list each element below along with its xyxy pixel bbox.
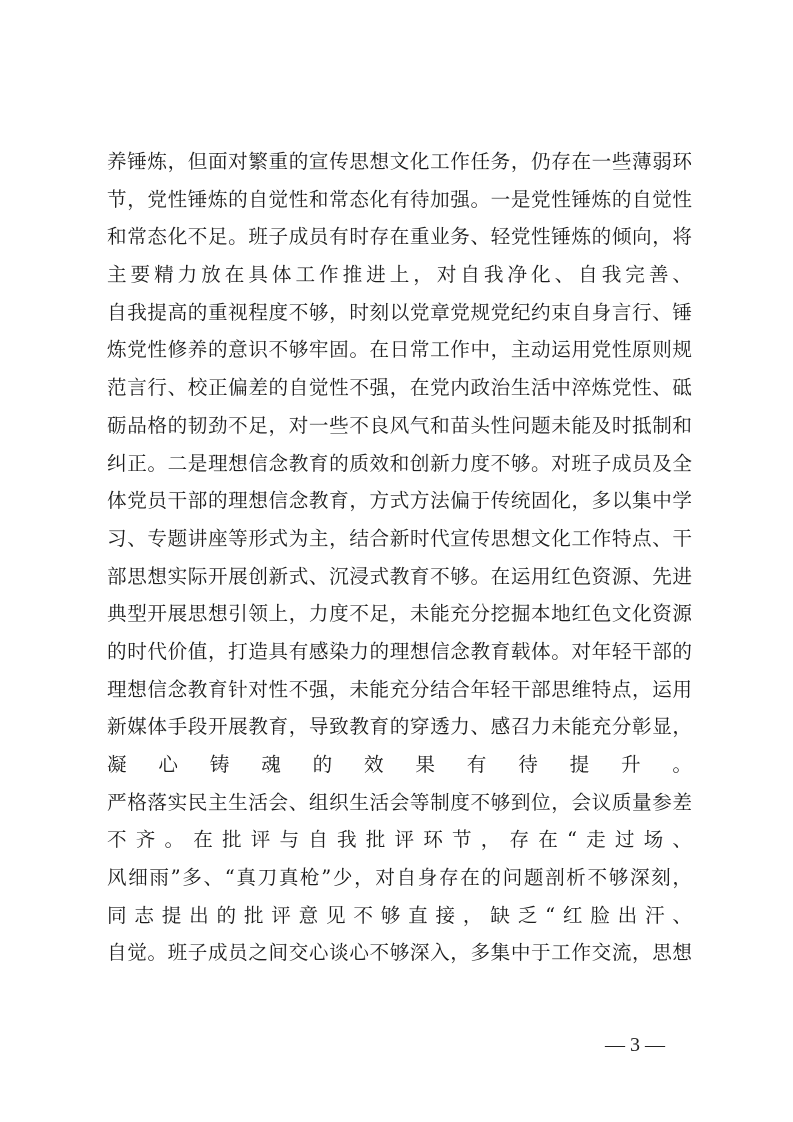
text-line: 自觉。班子成员之间交心谈心不够深入，多集中于工作交流，思想 (107, 934, 692, 972)
text-line: 自我提高的重视程度不够，时刻以党章党规党纪约束自身言行、锤 (107, 294, 692, 332)
text-line: 和常态化不足。班子成员有时存在重业务、轻党性锤炼的倾向，将 (107, 218, 692, 256)
text-line: 范言行、校正偏差的自觉性不强，在党内政治生活中淬炼党性、砥 (107, 369, 692, 407)
text-line: 养锤炼，但面对繁重的宣传思想文化工作任务，仍存在一些薄弱环 (107, 143, 692, 181)
text-line: 部思想实际开展创新式、沉浸式教育不够。在运用红色资源、先进 (107, 558, 692, 596)
text-line: 典型开展思想引领上，力度不足，未能充分挖掘本地红色文化资源 (107, 595, 692, 633)
text-line: 凝心铸魂的效果有待提升。三是党内政治生活的质量和“辣味”不足。 (107, 746, 692, 784)
text-line: 的时代价值，打造具有感染力的理想信念教育载体。对年轻干部的 (107, 633, 692, 671)
text-line: 砺品格的韧劲不足，对一些不良风气和苗头性问题未能及时抵制和 (107, 407, 692, 445)
text-line: 理想信念教育针对性不强，未能充分结合年轻干部思维特点，运用 (107, 671, 692, 709)
text-line: 习、专题讲座等形式为主，结合新时代宣传思想文化工作特点、干 (107, 520, 692, 558)
text-line: 不齐。在批评与自我批评环节，存在“走过场、避重就轻”的现象，“和 (107, 821, 692, 859)
text-line: 新媒体手段开展教育，导致教育的穿透力、感召力未能充分彰显， (107, 708, 692, 746)
page-number: — 3 — (594, 1030, 676, 1060)
text-line: 体党员干部的理想信念教育，方式方法偏于传统固化，多以集中学 (107, 482, 692, 520)
text-line: 纠正。二是理想信念教育的质效和创新力度不够。对班子成员及全 (107, 445, 692, 483)
body-paragraph: 养锤炼，但面对繁重的宣传思想文化工作任务，仍存在一些薄弱环 节，党性锤炼的自觉性… (107, 143, 692, 972)
text-line: 风细雨”多、“真刀真枪”少，对自身存在的问题剖析不够深刻，对其他 (107, 859, 692, 897)
text-line: 同志提出的批评意见不够直接，缺乏“红脸出汗、排毒治病”的勇气和 (107, 897, 692, 935)
text-line: 主要精力放在具体工作推进上，对自我净化、自我完善、自我革新、 (107, 256, 692, 294)
text-line: 严格落实民主生活会、组织生活会等制度不够到位，会议质量参差 (107, 784, 692, 822)
text-line: 节，党性锤炼的自觉性和常态化有待加强。一是党性锤炼的自觉性 (107, 181, 692, 219)
document-page: 养锤炼，但面对繁重的宣传思想文化工作任务，仍存在一些薄弱环 节，党性锤炼的自觉性… (0, 0, 793, 1122)
text-line: 炼党性修养的意识不够牢固。在日常工作中，主动运用党性原则规 (107, 331, 692, 369)
